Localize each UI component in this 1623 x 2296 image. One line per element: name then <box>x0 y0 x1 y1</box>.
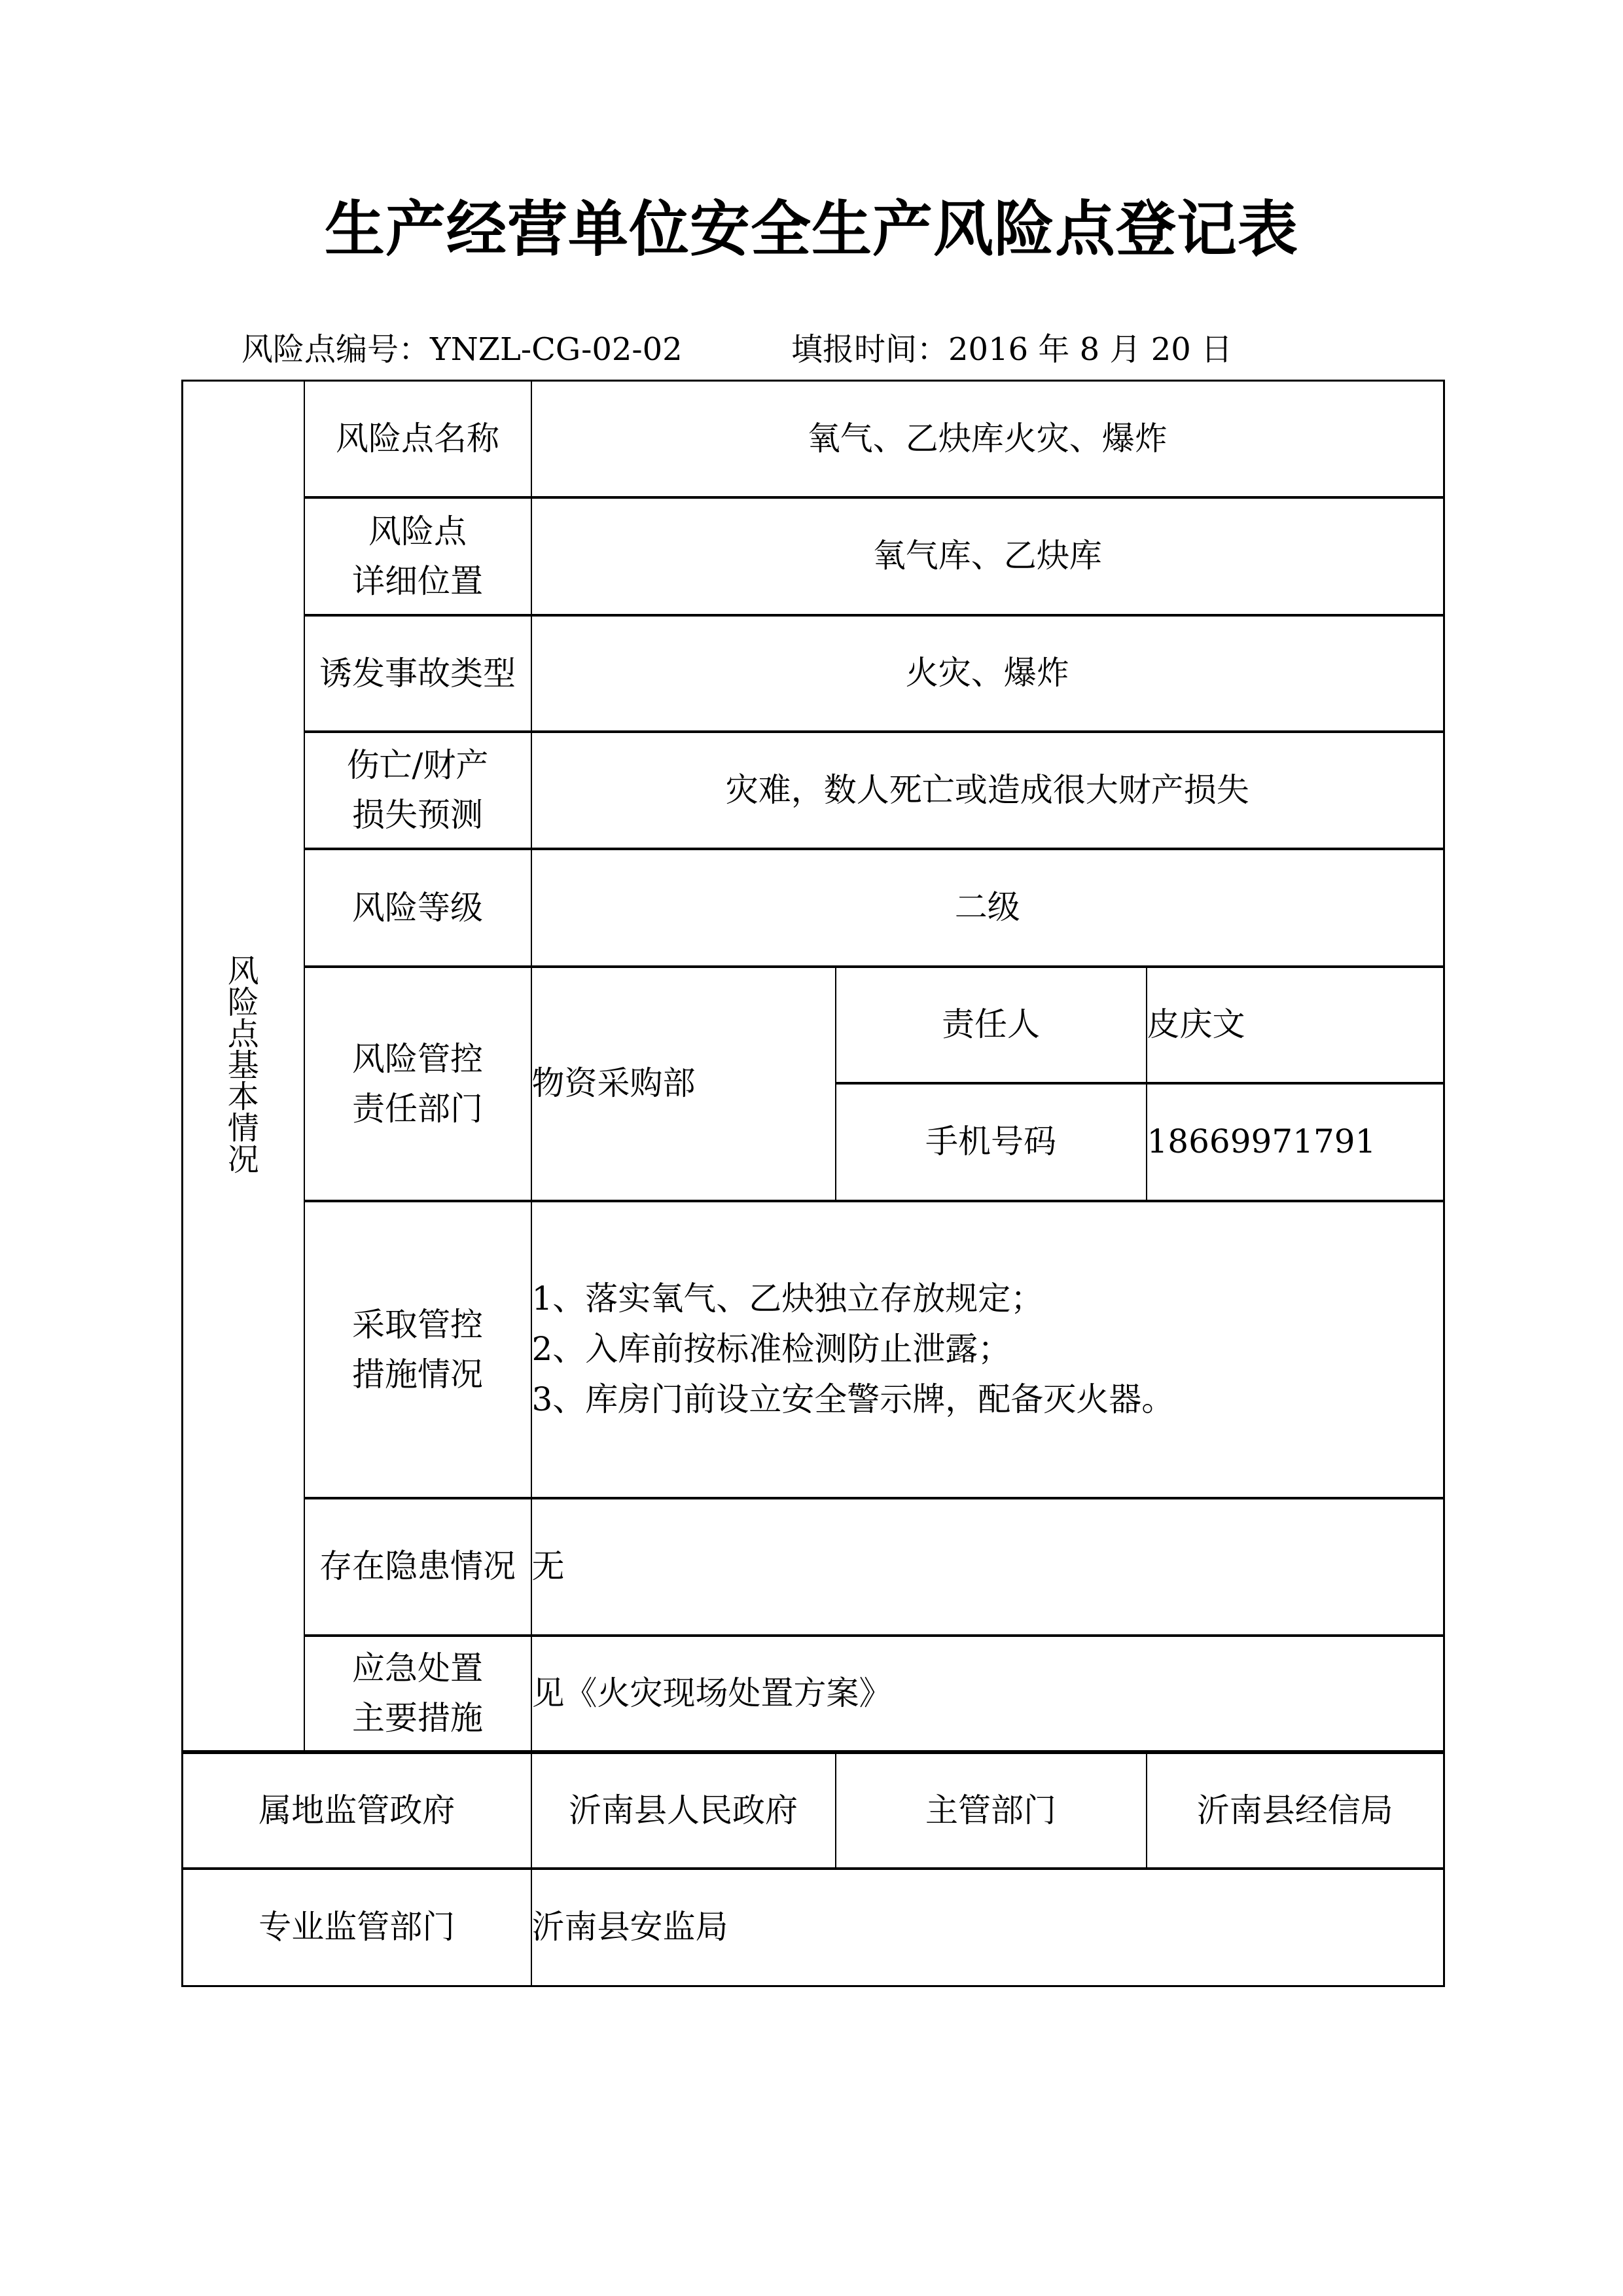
measure-item: 2、入库前按标准检测防止泄露； <box>532 1324 1444 1374</box>
label-line: 应急处置 <box>305 1643 531 1693</box>
value-phone-number: 18669971791 <box>1147 1083 1444 1201</box>
row-accident-type: 诱发事故类型 火灾、爆炸 <box>183 615 1444 732</box>
label-control-department: 风险管控 责任部门 <box>304 967 531 1201</box>
value-risk-point-name: 氧气、乙炔库火灾、爆炸 <box>531 381 1444 497</box>
label-line: 详细位置 <box>305 556 531 606</box>
side-header-char: 险 <box>183 987 304 1018</box>
label-competent-department: 主管部门 <box>836 1752 1147 1869</box>
label-emergency-measures: 应急处置 主要措施 <box>304 1636 531 1752</box>
value-accident-type: 火灾、爆炸 <box>531 615 1444 732</box>
side-header-basic-info: 风 险 点 基 本 情 况 <box>183 956 304 1175</box>
side-header-basic-info-cell: 风 险 点 基 本 情 况 <box>183 381 304 1752</box>
label-line: 风险点 <box>305 507 531 556</box>
label-local-government: 属地监管政府 <box>183 1752 531 1869</box>
label-line: 采取管控 <box>305 1300 531 1350</box>
measure-item: 3、库房门前设立安全警示牌，配备灭火器。 <box>532 1374 1444 1425</box>
row-risk-point-name: 风 险 点 基 本 情 况 风险点名称 氧气、乙炔库火灾、爆炸 <box>183 381 1444 497</box>
row-loss-forecast: 伤亡/财产 损失预测 灾难，数人死亡或造成很大财产损失 <box>183 732 1444 849</box>
label-control-measures: 采取管控 措施情况 <box>304 1201 531 1498</box>
row-emergency-measures: 应急处置 主要措施 见《火灾现场处置方案》 <box>183 1636 1444 1752</box>
row-existing-hazards: 存在隐患情况 无 <box>183 1498 1444 1636</box>
page-title: 生产经营单位安全生产风险点登记表 <box>0 195 1623 264</box>
value-existing-hazards: 无 <box>531 1498 1444 1636</box>
label-line: 责任部门 <box>305 1084 531 1134</box>
side-header-char: 点 <box>183 1018 304 1050</box>
label-line: 风险点名称 <box>305 414 531 463</box>
fill-time: 填报时间：2016 年 8 月 20 日 <box>791 331 1232 369</box>
label-line: 诱发事故类型 <box>305 649 531 698</box>
label-line: 风险管控 <box>305 1034 531 1084</box>
label-existing-hazards: 存在隐患情况 <box>304 1498 531 1636</box>
value-emergency-measures: 见《火灾现场处置方案》 <box>531 1636 1444 1752</box>
side-header-char: 风 <box>183 956 304 987</box>
value-loss-forecast: 灾难，数人死亡或造成很大财产损失 <box>531 732 1444 849</box>
row-risk-level: 风险等级 二级 <box>183 849 1444 967</box>
label-accident-type: 诱发事故类型 <box>304 615 531 732</box>
risk-registration-table: 风 险 点 基 本 情 况 风险点名称 氧气、乙炔库火灾、爆炸 风险点 <box>181 380 1445 1987</box>
label-line: 伤亡/财产 <box>305 740 531 790</box>
value-control-measures: 1、落实氧气、乙炔独立存放规定； 2、入库前按标准检测防止泄露； 3、库房门前设… <box>531 1201 1444 1498</box>
label-line: 措施情况 <box>305 1350 531 1399</box>
side-header-char: 本 <box>183 1081 304 1113</box>
value-risk-level: 二级 <box>531 849 1444 967</box>
value-competent-department: 沂南县经信局 <box>1147 1752 1444 1869</box>
row-local-government: 属地监管政府 沂南县人民政府 主管部门 沂南县经信局 <box>183 1752 1444 1869</box>
value-professional-department: 沂南县安监局 <box>531 1869 1444 1986</box>
label-phone-number: 手机号码 <box>836 1083 1147 1201</box>
label-line: 损失预测 <box>305 790 531 840</box>
document-page: 生产经营单位安全生产风险点登记表 风险点编号：YNZL-CG-02-02 填报时… <box>0 0 1623 2296</box>
label-loss-forecast: 伤亡/财产 损失预测 <box>304 732 531 849</box>
value-control-department: 物资采购部 <box>531 967 836 1201</box>
label-responsible-person: 责任人 <box>836 967 1147 1083</box>
value-risk-point-location: 氧气库、乙炔库 <box>531 497 1444 615</box>
row-risk-point-location: 风险点 详细位置 氧气库、乙炔库 <box>183 497 1444 615</box>
value-responsible-person: 皮庆文 <box>1147 967 1444 1083</box>
side-header-char: 况 <box>183 1144 304 1175</box>
label-risk-point-name: 风险点名称 <box>304 381 531 497</box>
value-local-government: 沂南县人民政府 <box>531 1752 836 1869</box>
row-professional-department: 专业监管部门 沂南县安监局 <box>183 1869 1444 1986</box>
label-professional-department: 专业监管部门 <box>183 1869 531 1986</box>
measure-item: 1、落实氧气、乙炔独立存放规定； <box>532 1274 1444 1324</box>
side-header-char: 情 <box>183 1113 304 1144</box>
label-line: 风险等级 <box>305 883 531 933</box>
risk-point-number: 风险点编号：YNZL-CG-02-02 <box>241 331 683 369</box>
label-line: 主要措施 <box>305 1693 531 1743</box>
label-risk-level: 风险等级 <box>304 849 531 967</box>
row-control-department: 风险管控 责任部门 物资采购部 责任人 皮庆文 <box>183 967 1444 1083</box>
label-risk-point-location: 风险点 详细位置 <box>304 497 531 615</box>
row-control-measures: 采取管控 措施情况 1、落实氧气、乙炔独立存放规定； 2、入库前按标准检测防止泄… <box>183 1201 1444 1498</box>
side-header-char: 基 <box>183 1050 304 1081</box>
